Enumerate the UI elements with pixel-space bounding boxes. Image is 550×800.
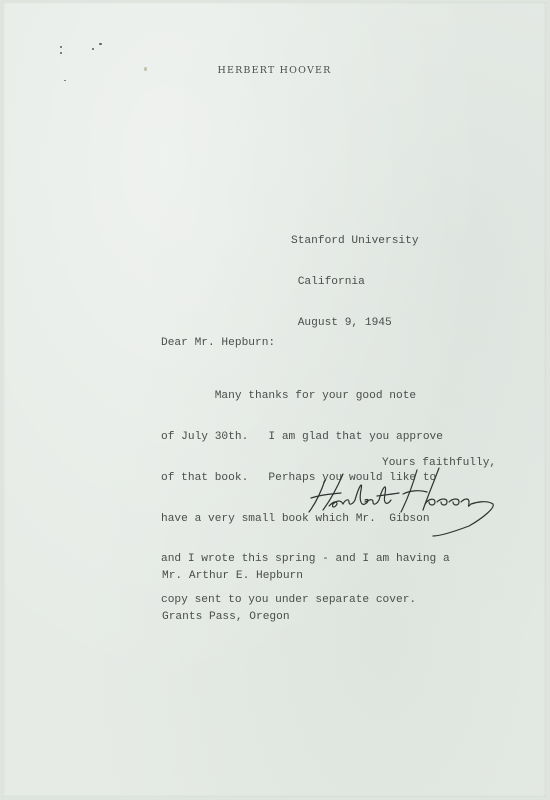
- body-line: Many thanks for your good note: [161, 390, 450, 404]
- paper-speck: [60, 46, 62, 48]
- salutation: Dear Mr. Hepburn:: [161, 337, 275, 351]
- dateline-date: August 9, 1945: [291, 317, 419, 331]
- letterhead-name: HERBERT HOOVER: [3, 65, 546, 76]
- recipient-address: Mr. Arthur E. Hepburn Grants Pass, Orego…: [162, 543, 303, 652]
- recipient-name: Mr. Arthur E. Hepburn: [162, 570, 303, 584]
- dateline-institution: Stanford University: [291, 235, 419, 249]
- paper-speck: [99, 43, 102, 45]
- dateline: Stanford University California August 9,…: [291, 208, 419, 358]
- paper-speck: [92, 48, 94, 50]
- paper-speck: [60, 52, 62, 54]
- dateline-state: California: [291, 276, 419, 290]
- letter-page: HERBERT HOOVER Stanford University Calif…: [3, 2, 546, 797]
- recipient-city: Grants Pass, Oregon: [162, 611, 303, 625]
- paper-speck: [64, 80, 66, 81]
- signature-icon: [303, 460, 518, 538]
- body-line: of July 30th. I am glad that you approve: [161, 431, 450, 445]
